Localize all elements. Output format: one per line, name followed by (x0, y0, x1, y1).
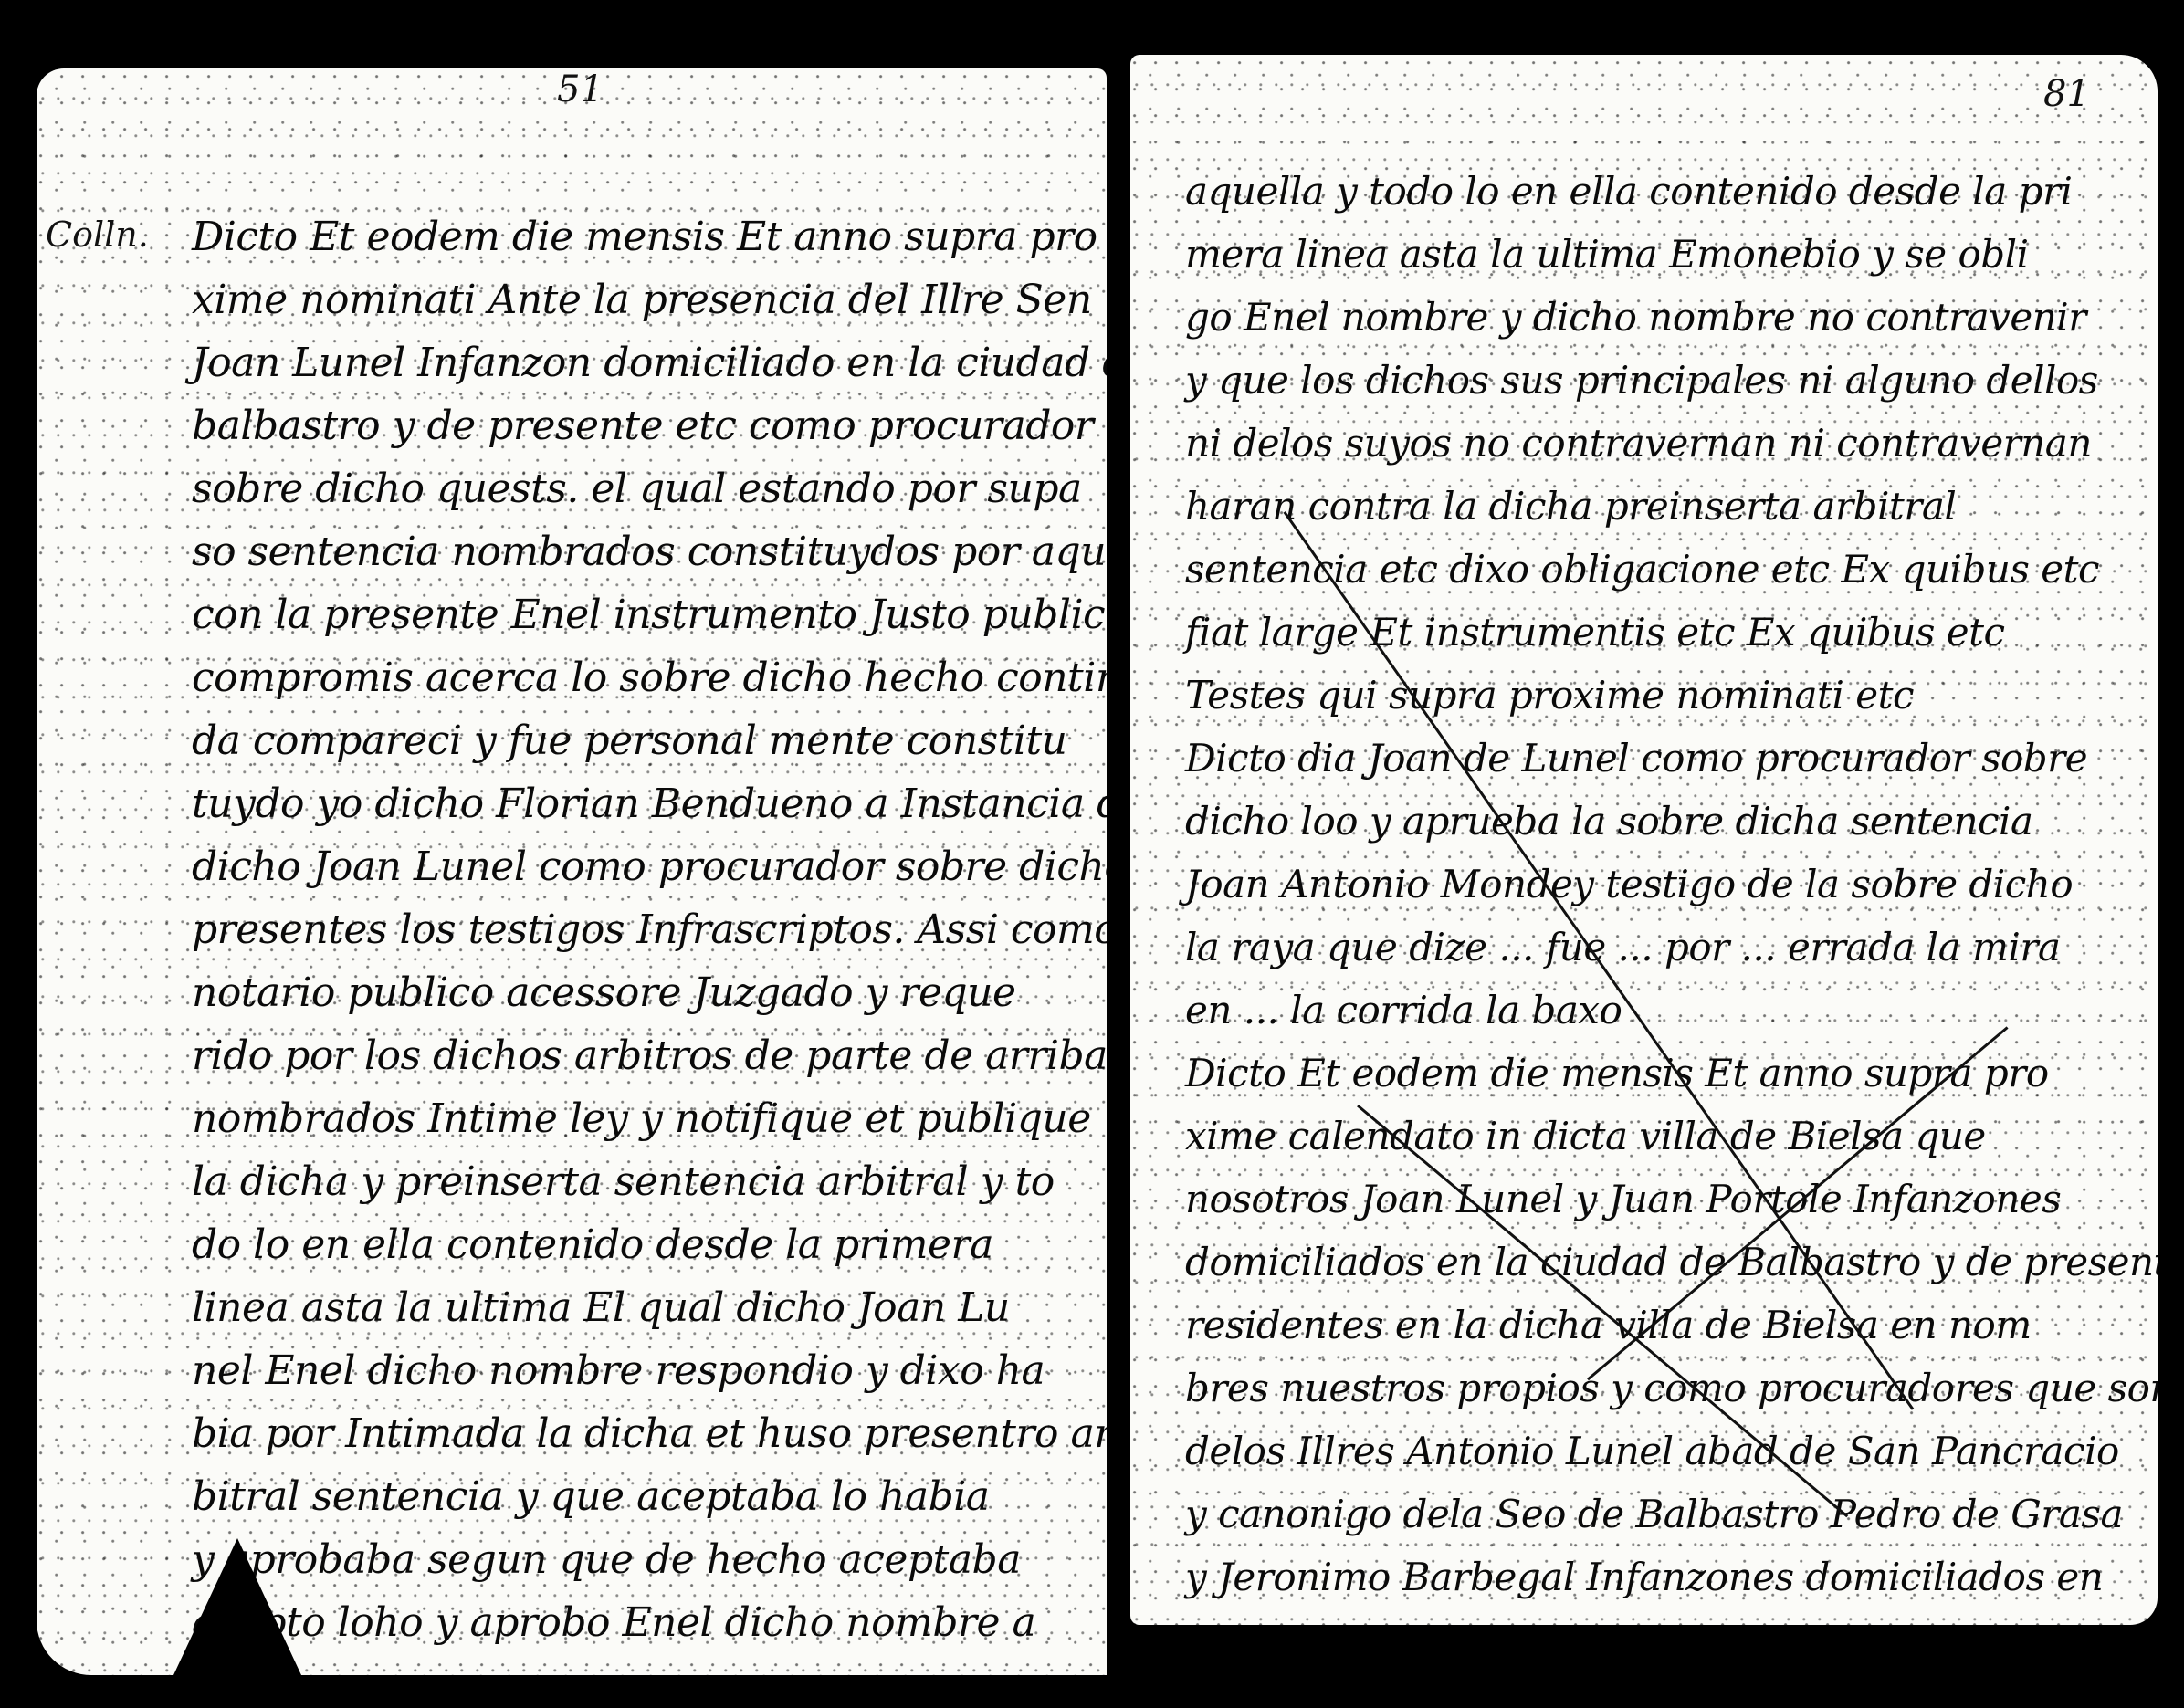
manuscript-line: haran contra la dicha preinserta arbitra… (1185, 475, 2158, 538)
manuscript-line: balbastro y de presente etc como procura… (192, 394, 1107, 457)
left-folio-number: 51 (557, 68, 604, 110)
manuscript-line: mera linea asta la ultima Emonebio y se … (1185, 223, 2158, 286)
manuscript-line: aquella y todo lo en ella contenido desd… (1185, 160, 2158, 223)
manuscript-line: nel Enel dicho nombre respondio y dixo h… (192, 1339, 1107, 1402)
manuscript-line: dicho Joan Lunel como procurador sobre d… (192, 835, 1107, 898)
manuscript-line: Dicto dia Joan de Lunel como procurador … (1185, 727, 2158, 790)
manuscript-line: compromis acerca lo sobre dicho hecho co… (192, 646, 1107, 709)
manuscript-line: Dicto Et eodem die mensis Et anno supra … (1185, 1042, 2158, 1105)
manuscript-line: linea asta la ultima El qual dicho Joan … (192, 1276, 1107, 1339)
manuscript-line: residentes en la dicha villa de Bielsa e… (1185, 1294, 2158, 1357)
manuscript-line: y Jeronimo Barbegal Infanzones domicilia… (1185, 1546, 2158, 1608)
manuscript-line: da compareci y fue personal mente consti… (192, 709, 1107, 772)
right-page-text: aquella y todo lo en ella contenido desd… (1185, 160, 2158, 1608)
manuscript-line: bitral sentencia y que aceptaba lo habia (192, 1465, 1107, 1528)
manuscript-line: fiat large Et instrumentis etc Ex quibus… (1185, 601, 2158, 664)
manuscript-line: do lo en ella contenido desde la primera (192, 1213, 1107, 1276)
left-page: 51 Colln. Dicto Et eodem die mensis Et a… (37, 68, 1107, 1675)
manuscript-line: acepto loho y aprobo Enel dicho nombre a (192, 1591, 1107, 1654)
manuscript-line: la dicha y preinserta sentencia arbitral… (192, 1150, 1107, 1213)
manuscript-line: presentes los testigos Infrascriptos. As… (192, 898, 1107, 961)
right-folio-number: 81 (2043, 73, 2090, 115)
manuscript-line: bia por Intimada la dicha et huso presen… (192, 1402, 1107, 1465)
manuscript-line: delos Illres Antonio Lunel abad de San P… (1185, 1420, 2158, 1483)
manuscript-line: so sentencia nombrados constituydos por … (192, 520, 1107, 583)
manuscript-line: domiciliados en la ciudad de Balbastro y… (1185, 1231, 2158, 1294)
manuscript-line: y aprobaba segun que de hecho aceptaba (192, 1528, 1107, 1591)
right-page: 81 aquella y todo lo en ella contenido d… (1130, 55, 2158, 1625)
manuscript-line: Joan Antonio Mondey testigo de la sobre … (1185, 853, 2158, 916)
manuscript-line: ni delos suyos no contravernan ni contra… (1185, 412, 2158, 475)
manuscript-line: en ... la corrida la baxo (1185, 979, 2158, 1042)
manuscript-line: xime calendato in dicta villa de Bielsa … (1185, 1105, 2158, 1168)
page-corner-shadow (173, 1538, 301, 1675)
manuscript-line: y que los dichos sus principales ni algu… (1185, 349, 2158, 412)
manuscript-line: go Enel nombre y dicho nombre no contrav… (1185, 286, 2158, 349)
book-gutter (1107, 37, 1130, 1708)
manuscript-line: notario publico acessore Juzgado y reque (192, 961, 1107, 1024)
manuscript-line: Dicto Et eodem die mensis Et anno supra … (192, 205, 1107, 268)
manuscript-line: con la presente Enel instrumento Justo p… (192, 583, 1107, 646)
left-page-text: Dicto Et eodem die mensis Et anno supra … (192, 205, 1107, 1654)
manuscript-line: nombrados Intime ley y notifique et publ… (192, 1087, 1107, 1150)
manuscript-line: tuydo yo dicho Florian Bendueno a Instan… (192, 772, 1107, 835)
manuscript-line: y canonigo dela Seo de Balbastro Pedro d… (1185, 1483, 2158, 1546)
manuscript-line: bres nuestros propios y como procuradore… (1185, 1357, 2158, 1420)
manuscript-line: sentencia etc dixo obligacione etc Ex qu… (1185, 538, 2158, 601)
manuscript-line: sobre dicho quests. el qual estando por … (192, 457, 1107, 520)
manuscript-line: xime nominati Ante la presencia del Illr… (192, 268, 1107, 331)
manuscript-line: rido por los dichos arbitros de parte de… (192, 1024, 1107, 1087)
manuscript-line: dicho loo y aprueba la sobre dicha sente… (1185, 790, 2158, 853)
manuscript-line: Joan Lunel Infanzon domiciliado en la ci… (192, 331, 1107, 394)
manuscript-line: nosotros Joan Lunel y Juan Portole Infan… (1185, 1168, 2158, 1231)
manuscript-line: la raya que dize ... fue ... por ... err… (1185, 916, 2158, 979)
manuscript-line: Testes qui supra proxime nominati etc (1185, 664, 2158, 727)
left-margin-note: Colln. (46, 215, 149, 255)
